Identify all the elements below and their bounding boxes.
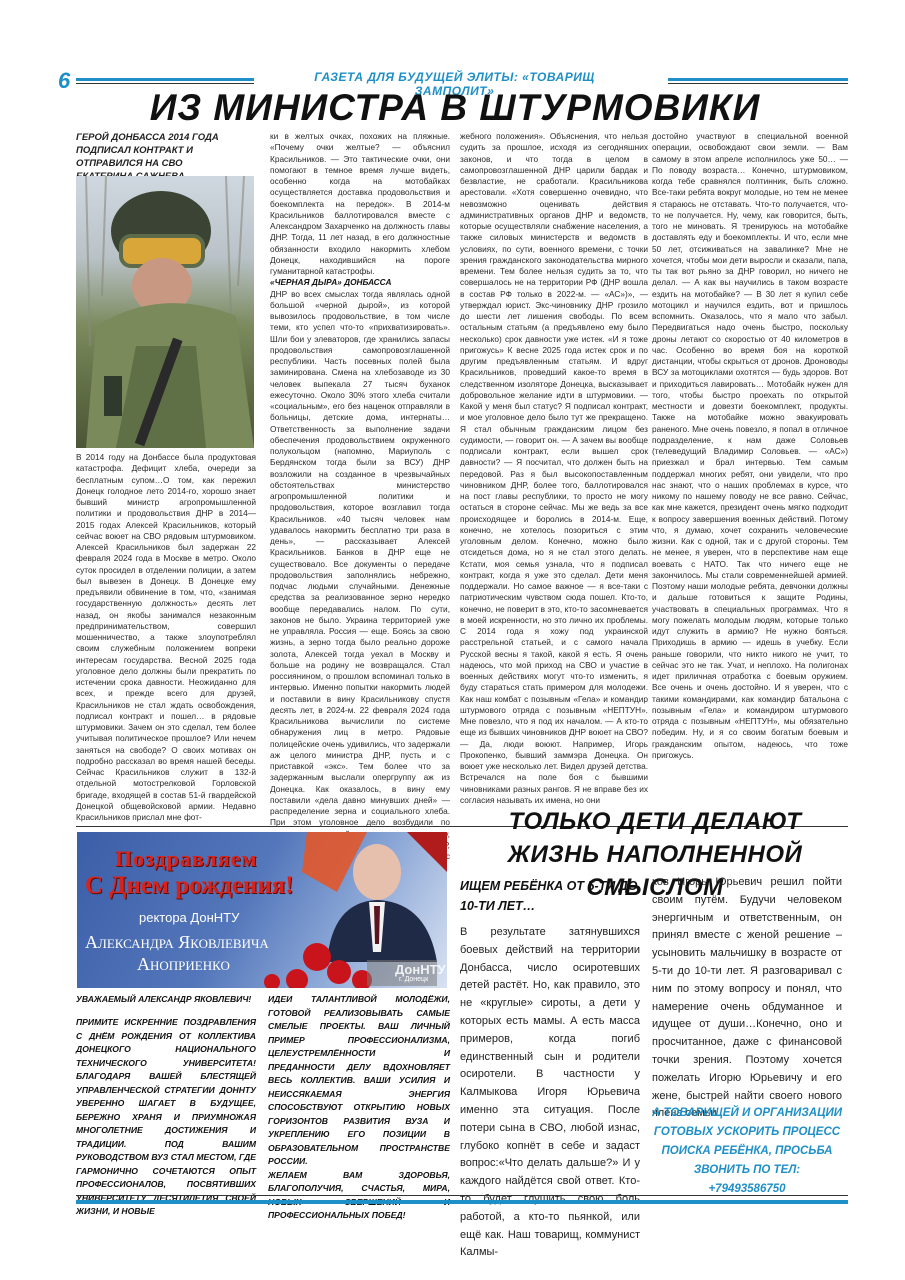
page-number: 6 bbox=[58, 70, 70, 92]
soldier-photo bbox=[76, 176, 254, 448]
appeal-text: А ТОВАРИЩЕЙ И ОРГАНИЗАЦИИ ГОТОВЫХ УСКОРИ… bbox=[652, 1104, 842, 1180]
article-text: жебного положения». Объяснения, что нель… bbox=[460, 131, 648, 806]
banner-logo-city: г. Донецк bbox=[399, 976, 428, 983]
children-story-column-2: ков Игорь Юрьевич решил пойти своим путё… bbox=[652, 874, 842, 1123]
banner-rector-label: ректора ДонНТУ bbox=[139, 910, 239, 925]
main-headline: ИЗ МИНИСТРА В ШТУРМОВИКИ bbox=[70, 88, 840, 128]
article-column-2: ки в желтых очках, похожих на пляжные. «… bbox=[270, 131, 450, 821]
contact-appeal: А ТОВАРИЩЕЙ И ОРГАНИЗАЦИИ ГОТОВЫХ УСКОРИ… bbox=[652, 1104, 842, 1199]
header-rule-left-thin bbox=[76, 83, 254, 84]
article-column-4: достойно участвуют в специальной военной… bbox=[652, 131, 848, 821]
banner-logo: ДонНТУ bbox=[395, 962, 446, 977]
children-story-column-1: В результате затянувшихся боевых действи… bbox=[460, 924, 640, 1262]
contact-phone[interactable]: +79493586750 bbox=[652, 1180, 842, 1199]
birthday-banner: Поздравляем С Днем рождения! ректора Дон… bbox=[77, 832, 447, 988]
header-rule-right bbox=[668, 78, 848, 81]
banner-congrats-line1: Поздравляем bbox=[115, 846, 258, 872]
birthday-text-column-1: ПРИМИТЕ ИСКРЕННИЕ ПОЗДРАВЛЕНИЯ С ДНЁМ РО… bbox=[76, 1016, 256, 1219]
article-kicker: ГЕРОЙ ДОНБАССА 2014 ГОДА ПОДПИСАЛ КОНТРА… bbox=[76, 131, 256, 170]
article-text: ки в желтых очках, похожих на пляжные. «… bbox=[270, 131, 450, 277]
banner-name-first: Александра Яковлевича bbox=[85, 932, 269, 953]
article-text: достойно участвуют в специальной военной… bbox=[652, 131, 848, 761]
article-text: В 2014 году на Донбассе была продуктовая… bbox=[76, 452, 256, 823]
article-column-3: жебного положения». Объяснения, что нель… bbox=[460, 131, 648, 821]
birthday-salutation: УВАЖАЕМЫЙ АЛЕКСАНДР ЯКОВЛЕВИЧ! bbox=[76, 993, 256, 1007]
article-text: ДНР во всех смыслах тогда являлась одной… bbox=[270, 289, 450, 874]
article-subhead: «ЧЕРНАЯ ДЫРА» ДОНБАССА bbox=[270, 277, 450, 288]
banner-congrats-line2: С Днем рождения! bbox=[85, 872, 294, 900]
header-rule-left bbox=[76, 78, 254, 81]
footer-rule-blue bbox=[76, 1200, 848, 1204]
article-column-1: В 2014 году на Донбассе была продуктовая… bbox=[76, 452, 256, 824]
children-story-kicker: ИЩЕМ РЕБЁНКА ОТ 5-ТИ ДО 10-ТИ ЛЕТ… bbox=[460, 876, 640, 916]
birthday-text: ИДЕИ ТАЛАНТЛИВОЙ МОЛОДЁЖИ, ГОТОВОЙ РЕАЛИ… bbox=[268, 993, 450, 1169]
footer-rule-thin bbox=[76, 1195, 848, 1196]
banner-name-last: Аноприенко bbox=[137, 954, 230, 975]
birthday-text-column-2: ИДЕИ ТАЛАНТЛИВОЙ МОЛОДЁЖИ, ГОТОВОЙ РЕАЛИ… bbox=[268, 993, 450, 1223]
header-rule-right-thin bbox=[668, 83, 848, 84]
soldier-photo-illustration bbox=[76, 176, 254, 448]
